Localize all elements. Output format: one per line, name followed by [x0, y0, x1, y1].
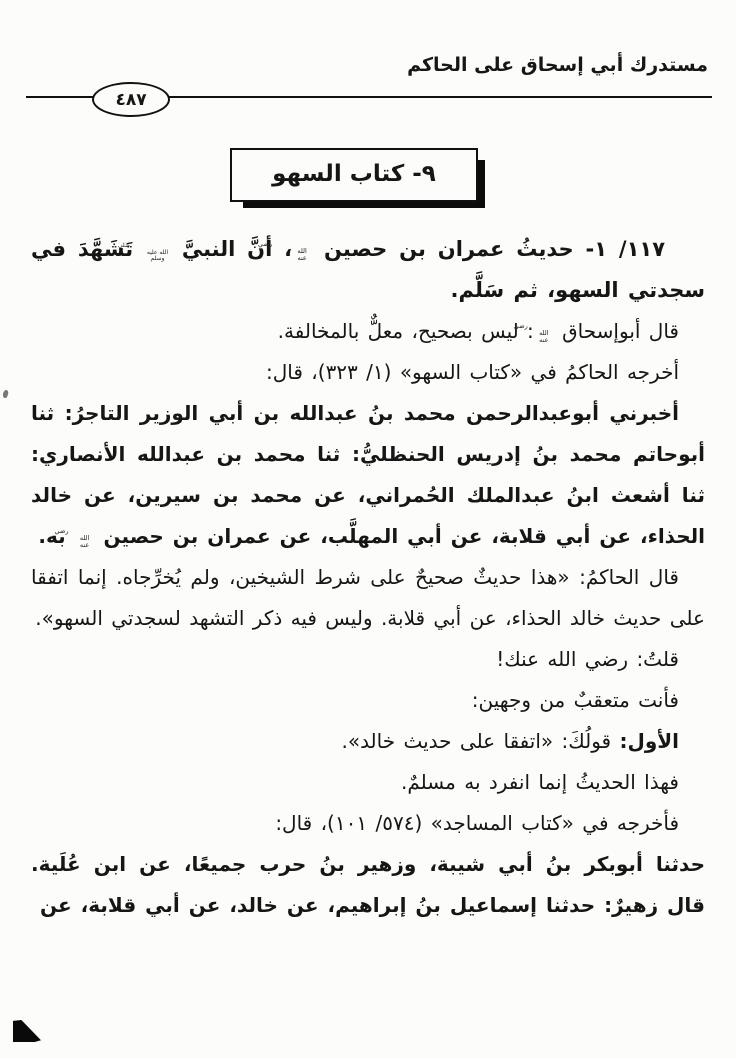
page-number: ٤٨٧ — [115, 90, 146, 110]
first-point-label: الأول: — [619, 729, 679, 753]
honorific-radi-allahu-anhu-icon: رضي الله عنه — [534, 323, 554, 343]
first-point-text: قولُكَ: «اتفقا على حديث خالد». — [341, 729, 619, 753]
stray-ink-mark — [2, 389, 9, 398]
honorific-radi-allahu-anhu-icon: رضي الله عنه — [75, 528, 95, 548]
author-verdict: قال أبوإسحاق رضي الله عنه: ليس بصحيح، مع… — [31, 311, 705, 352]
hakim-source-line: أخرجه الحاكمُ في «كتاب السهو» (١/ ٣٢٣)، … — [31, 352, 705, 393]
verdict-text: : ليس بصحيح، معلٌّ بالمخالفة. — [278, 319, 534, 343]
qultu-line: قلتُ: رضي الله عنك! — [31, 639, 705, 680]
hakim-grading: قال الحاكمُ: «هذا حديثٌ صحيحٌ على شرط ال… — [31, 557, 705, 639]
muslim-source-line: فأخرجه في «كتاب المساجد» (٥٧٤/ ١٠١)، قال… — [31, 803, 705, 844]
book-page: مستدرك أبي إسحاق على الحاكم ٤٨٧ ٩- كتاب … — [0, 0, 736, 1058]
hadith-text: ١١٧/ ١- حديثُ عمران بن حصين — [312, 237, 665, 261]
page-number-badge: ٤٨٧ — [92, 82, 170, 117]
hadith-text: ، أنَّ النبيَّ — [170, 237, 292, 261]
isnad-text: أخبرني أبوعبدالرحمن محمد بنُ عبدالله بن … — [31, 401, 705, 548]
hadith-header: ١١٧/ ١- حديثُ عمران بن حصين رضي الله عنه… — [31, 229, 705, 311]
critique-intro: فأنت متعقبٌ من وجهين: — [31, 680, 705, 721]
honorific-radi-allahu-anhu-icon: رضي الله عنه — [292, 241, 312, 261]
running-header-title: مستدرك أبي إسحاق على الحاكم — [407, 54, 708, 76]
muslim-isnad: حدثنا أبوبكر بنُ أبي شيبة، وزهير بنُ حرب… — [31, 844, 705, 926]
verdict-text: قال أبوإسحاق — [554, 319, 679, 343]
corner-ink-smudge — [13, 1020, 41, 1042]
section-title: ٩- كتاب السهو — [272, 161, 436, 187]
page-body: ١١٧/ ١- حديثُ عمران بن حصين رضي الله عنه… — [31, 229, 705, 926]
muslim-exclusive-line: فهذا الحديثُ إنما انفرد به مسلمٌ. — [31, 762, 705, 803]
first-point: الأول: قولُكَ: «اتفقا على حديث خالد». — [31, 721, 705, 762]
hakim-isnad: أخبرني أبوعبدالرحمن محمد بنُ عبدالله بن … — [31, 393, 705, 557]
honorific-salla-allahu-alayhi-wasallam-icon: صلى الله عليه وسلم — [145, 243, 170, 262]
section-title-box: ٩- كتاب السهو — [230, 148, 478, 202]
